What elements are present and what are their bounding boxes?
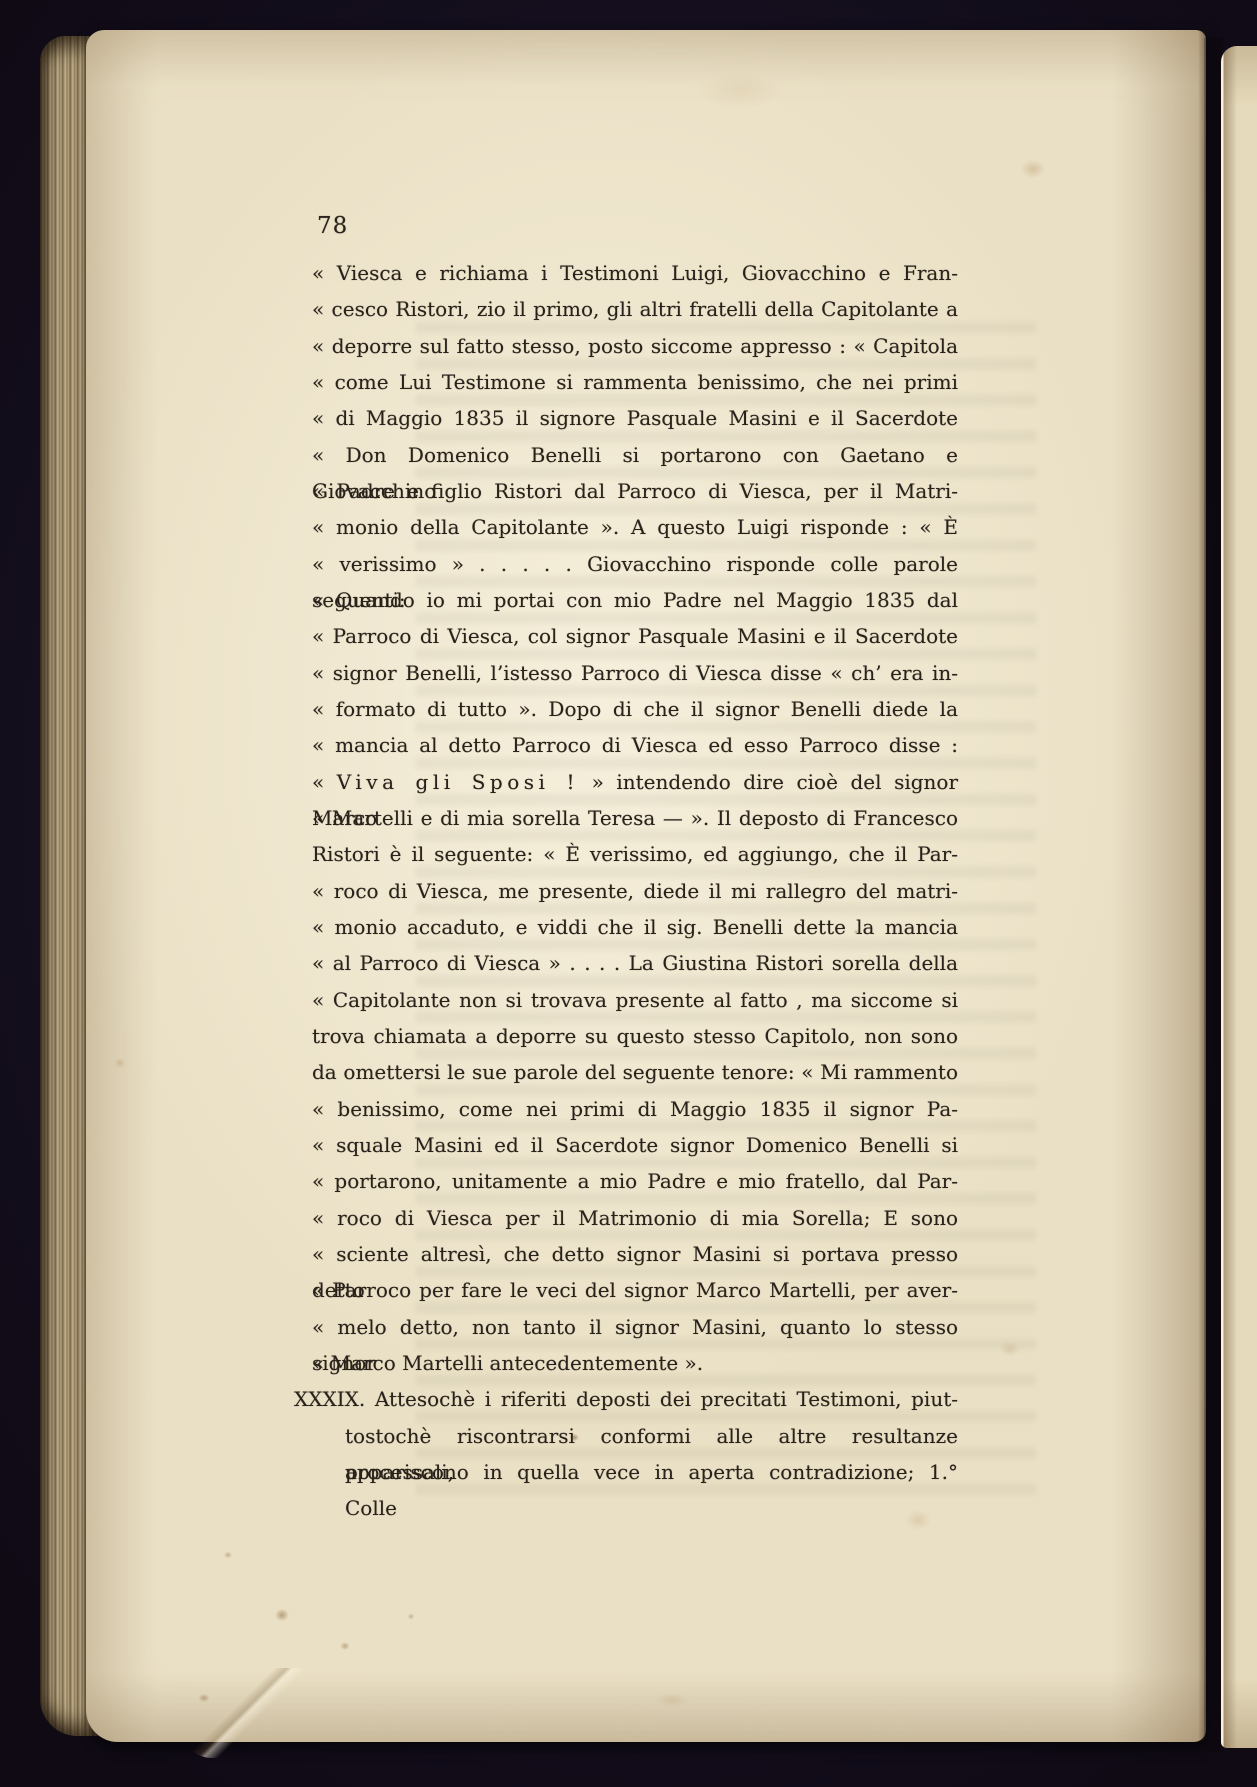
foxing-spot bbox=[648, 1690, 696, 1710]
text-line: da omettersi le sue parole del seguente … bbox=[312, 1054, 958, 1090]
text-line: « al Parroco di Viesca » . . . . La Gius… bbox=[312, 945, 958, 981]
text-line: « Don Domenico Benelli si portarono con … bbox=[312, 437, 958, 473]
text-line: trova chiamata a deporre su questo stess… bbox=[312, 1018, 958, 1054]
text-line: « di Maggio 1835 il signore Pasquale Mas… bbox=[312, 400, 958, 436]
text-line: « Capitolante non si trovava presente al… bbox=[312, 982, 958, 1018]
corner-crease bbox=[182, 1668, 302, 1758]
text-line: tostochè riscontrarsi conformi alle altr… bbox=[345, 1418, 958, 1454]
text-line: « come Lui Testimone si rammenta benissi… bbox=[312, 364, 958, 400]
foxing-spot bbox=[406, 1612, 416, 1621]
text-line: « signor Benelli, l’istesso Parroco di V… bbox=[312, 655, 958, 691]
text-line: « Parroco per fare le veci del signor Ma… bbox=[312, 1272, 958, 1308]
text-line: « sciente altresì, che detto signor Masi… bbox=[312, 1236, 958, 1272]
foxing-spot bbox=[222, 1550, 234, 1560]
text-line: « verissimo » . . . . . Giovacchino risp… bbox=[312, 546, 958, 582]
text-line: « formato di tutto ». Dopo di che il sig… bbox=[312, 691, 958, 727]
foxing-spot bbox=[196, 1692, 212, 1704]
text-line: « mancia al detto Parroco di Viesca ed e… bbox=[312, 727, 958, 763]
text-line: « Viesca e richiama i Testimoni Luigi, G… bbox=[312, 255, 958, 291]
letterspaced-phrase: Viva gli Sposi ! bbox=[337, 770, 579, 794]
text-line: « Viva gli Sposi ! » intendendo dire cio… bbox=[312, 764, 958, 800]
text-line: « melo detto, non tanto il signor Masini… bbox=[312, 1309, 958, 1345]
text-line: XXXIX. Attesochè i riferiti deposti dei … bbox=[294, 1381, 958, 1417]
text-line: « Padre e figlio Ristori dal Parroco di … bbox=[312, 473, 958, 509]
text-line: « monio accaduto, e viddi che il sig. Be… bbox=[312, 909, 958, 945]
text-line: Ristori è il seguente: « È verissimo, ed… bbox=[312, 836, 958, 872]
foxing-spot bbox=[680, 64, 800, 116]
text-line: « Quando io mi portai con mio Padre nel … bbox=[312, 582, 958, 618]
page-number: 78 bbox=[317, 213, 348, 239]
text-line: « monio della Capitolante ». A questo Lu… bbox=[312, 509, 958, 545]
facing-page-edge bbox=[1221, 46, 1257, 1748]
text-line: « Parroco di Viesca, col signor Pasquale… bbox=[312, 618, 958, 654]
text-line: « roco di Viesca, me presente, diede il … bbox=[312, 873, 958, 909]
text-block: « Viesca e richiama i Testimoni Luigi, G… bbox=[312, 255, 958, 1490]
foxing-spot bbox=[338, 1640, 352, 1652]
text-line: « Martelli e di mia sorella Teresa — ». … bbox=[312, 800, 958, 836]
text-line: « benissimo, come nei primi di Maggio 18… bbox=[312, 1091, 958, 1127]
text-line: « cesco Ristori, zio il primo, gli altri… bbox=[312, 291, 958, 327]
text-line: « deporre sul fatto stesso, posto siccom… bbox=[312, 328, 958, 364]
text-line: « roco di Viesca per il Matrimonio di mi… bbox=[312, 1200, 958, 1236]
text-line: « squale Masini ed il Sacerdote signor D… bbox=[312, 1127, 958, 1163]
foxing-spot bbox=[996, 1338, 1024, 1360]
text-line: appariscono in quella vece in aperta con… bbox=[345, 1454, 958, 1490]
foxing-spot bbox=[900, 1506, 936, 1534]
foxing-spot bbox=[1016, 156, 1050, 182]
text-line: « Marco Martelli antecedentemente ». bbox=[312, 1345, 958, 1381]
foxing-spot bbox=[272, 1606, 292, 1624]
text-line: « portarono, unitamente a mio Padre e mi… bbox=[312, 1163, 958, 1199]
foxing-spot bbox=[112, 1056, 128, 1070]
